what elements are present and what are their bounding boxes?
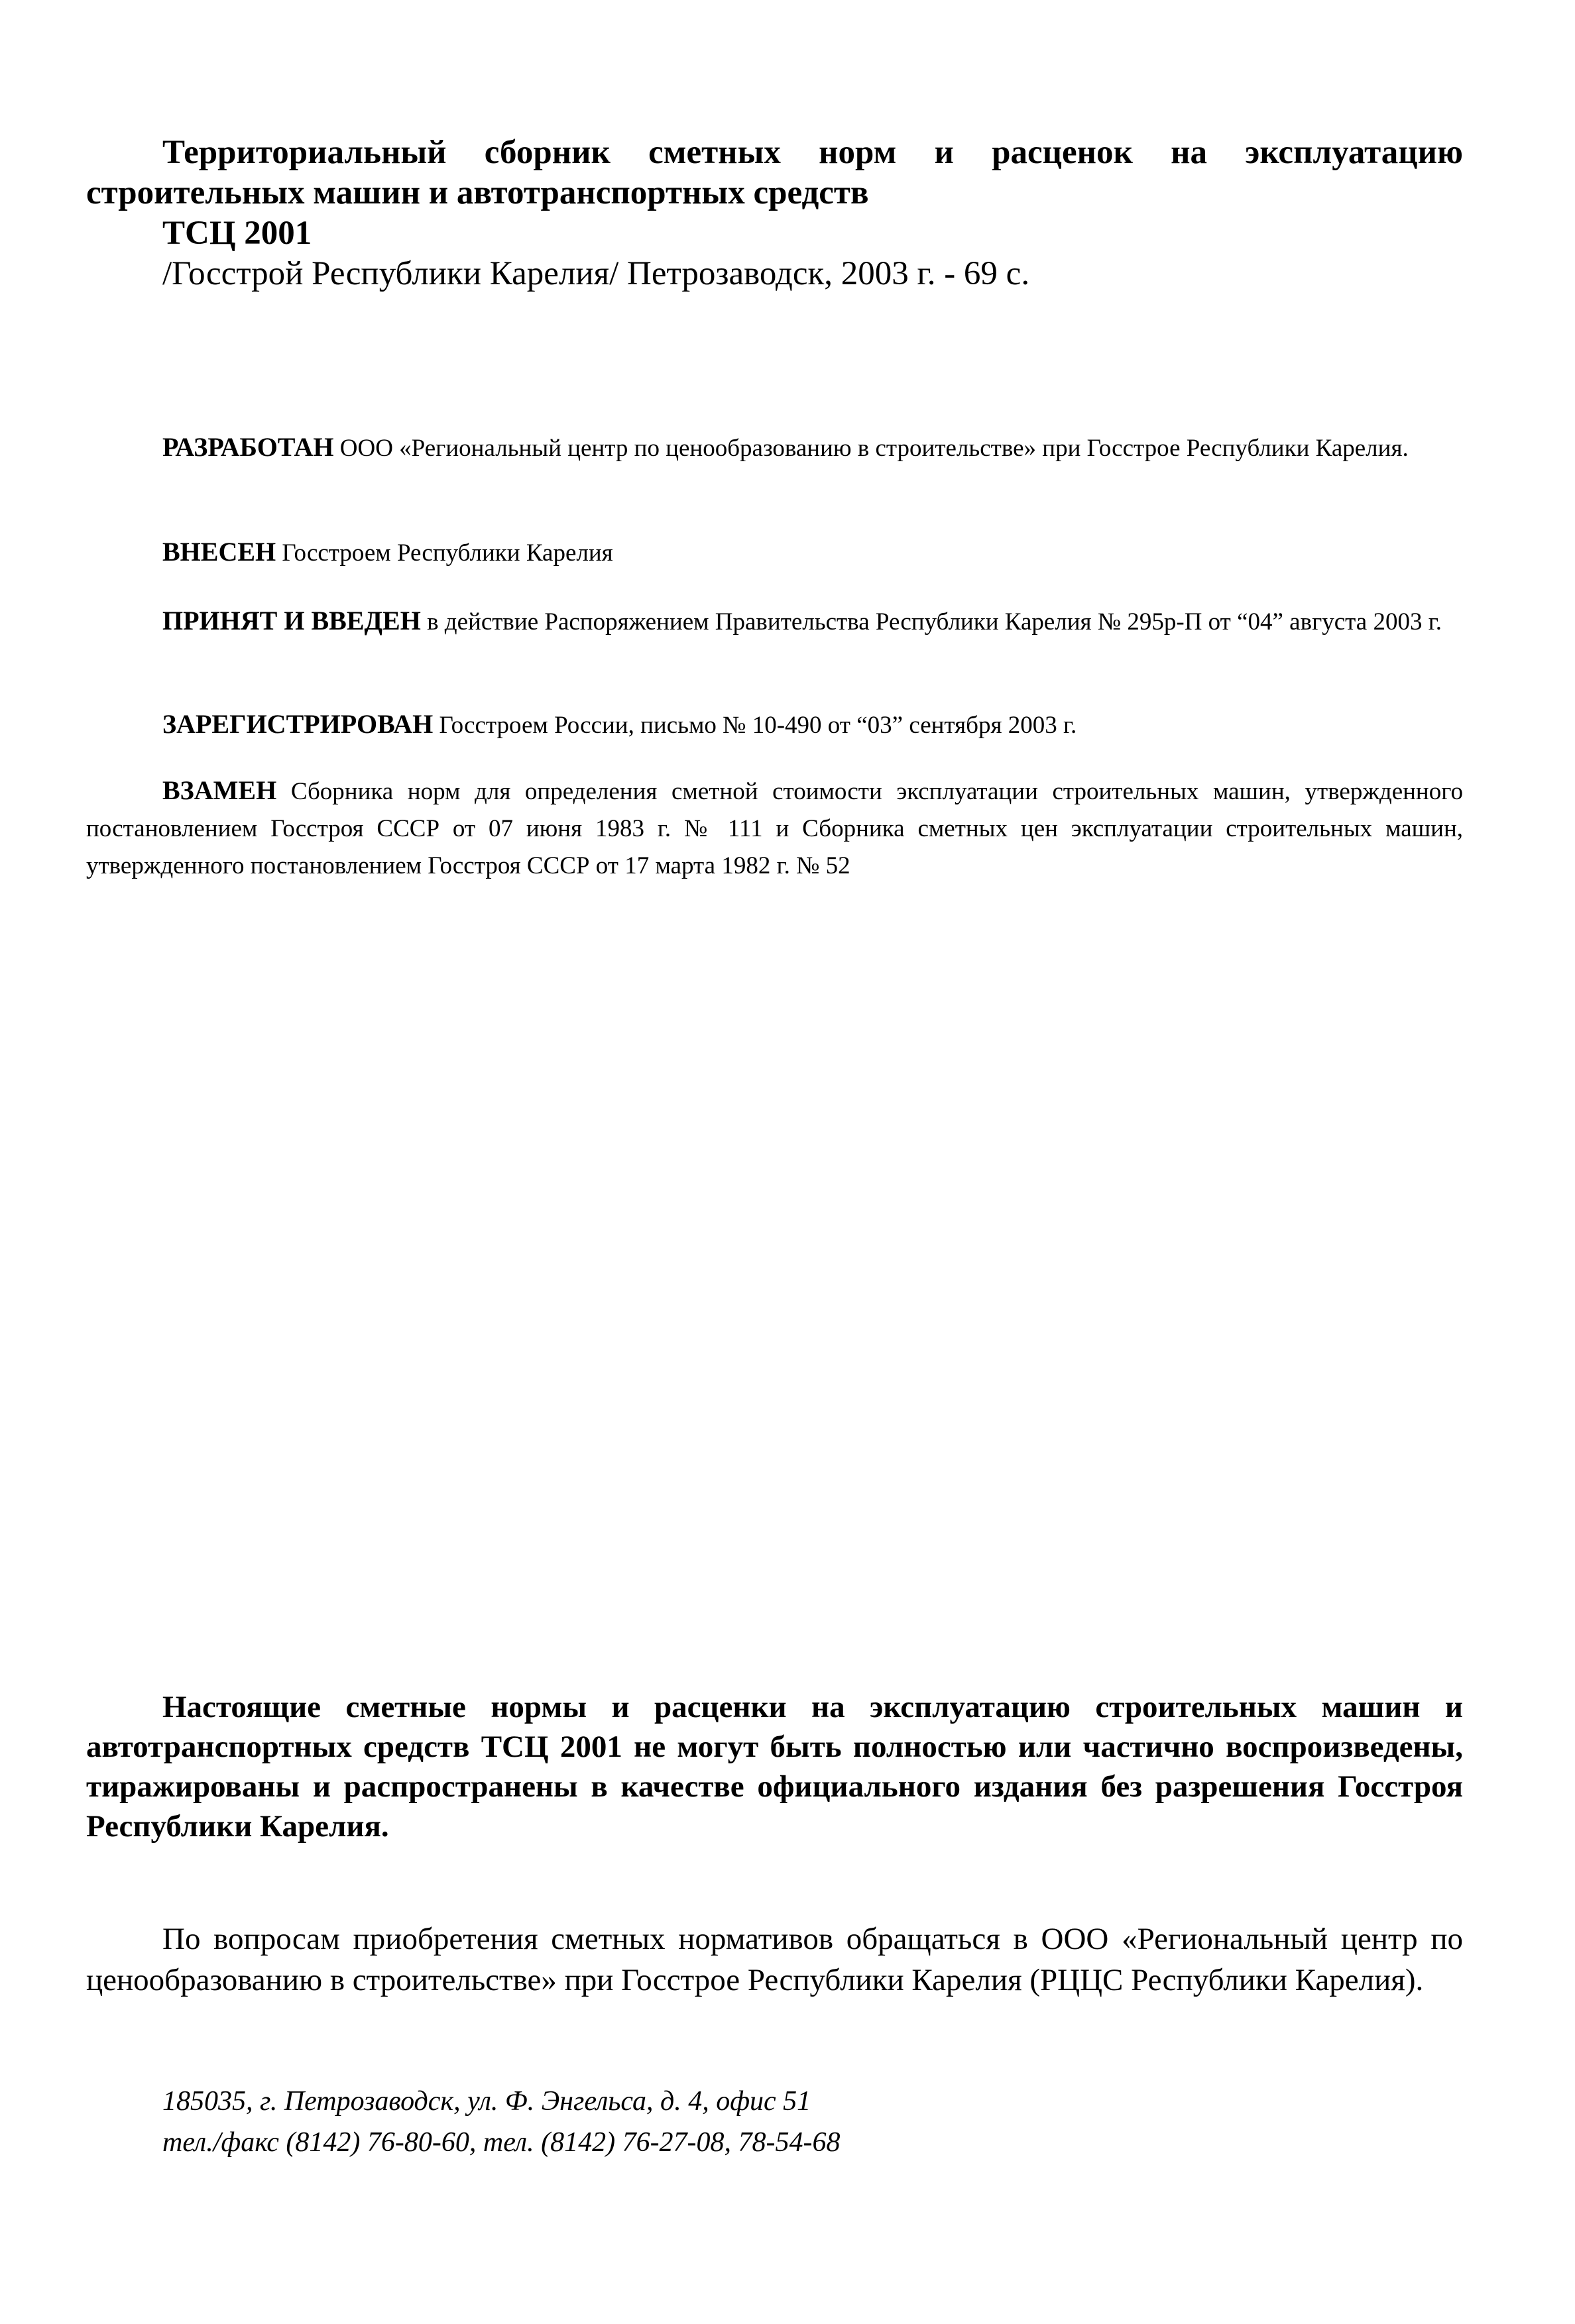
meta-text: Госстроем России, письмо № 10-490 от “03…	[433, 712, 1077, 739]
copyright-notice: Настоящие сметные нормы и расценки на эк…	[86, 1687, 1463, 1846]
title-line-2: строительных машин и автотранспортных ср…	[86, 173, 1463, 213]
meta-registered: ЗАРЕГИСТРИРОВАН Госстроем России, письмо…	[86, 705, 1463, 745]
document-code: ТСЦ 2001	[86, 213, 1463, 254]
meta-text: Сборника норм для определения сметной ст…	[86, 778, 1463, 879]
contact-address-block: 185035, г. Петрозаводск, ул. Ф. Энгельса…	[86, 2081, 1539, 2163]
postal-address: 185035, г. Петрозаводск, ул. Ф. Энгельса…	[162, 2081, 1539, 2122]
meta-developed: РАЗРАБОТАН ООО «Региональный центр по це…	[86, 428, 1463, 468]
meta-replaces: ВЗАМЕН Сборника норм для определения сме…	[86, 772, 1463, 885]
meta-submitted: ВНЕСЕН Госстроем Республики Карелия	[86, 533, 1463, 573]
publisher-line: /Госстрой Республики Карелия/ Петрозавод…	[86, 254, 1539, 294]
meta-label: ЗАРЕГИСТРИРОВАН	[162, 709, 433, 739]
phone-numbers: тел./факс (8142) 76-80-60, тел. (8142) 7…	[162, 2122, 1539, 2163]
document-title: Территориальный сборник сметных норм и р…	[86, 133, 1463, 254]
contact-paragraph: По вопросам приобретения сметных нормати…	[86, 1918, 1463, 2001]
meta-text: ООО «Региональный центр по ценообразован…	[334, 435, 1409, 462]
title-line-1: Территориальный сборник сметных норм и р…	[86, 133, 1463, 173]
meta-label: РАЗРАБОТАН	[162, 432, 334, 462]
meta-text: Госстроем Республики Карелия	[276, 539, 613, 567]
meta-label: ВЗАМЕН	[162, 775, 276, 805]
meta-text: в действие Распоряжением Правительства Р…	[421, 608, 1442, 636]
meta-label: ВНЕСЕН	[162, 537, 276, 567]
meta-adopted: ПРИНЯТ И ВВЕДЕН в действие Распоряжением…	[86, 602, 1463, 641]
meta-label: ПРИНЯТ И ВВЕДЕН	[162, 606, 421, 636]
